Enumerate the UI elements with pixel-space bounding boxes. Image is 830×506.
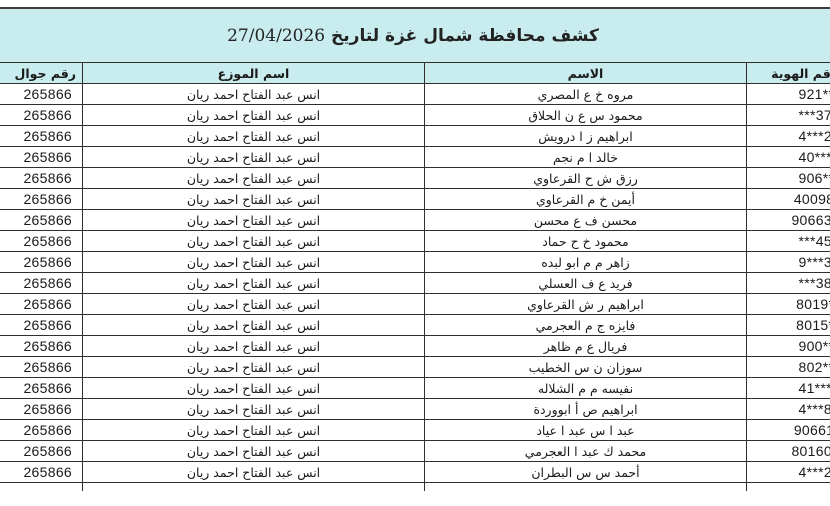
name-cell: محمود خ ح حماد (425, 231, 747, 252)
phone-cell: 265866 (0, 168, 83, 189)
table-row: 265866انس عبد الفتاح احمد ريانفايزه ج م … (0, 315, 830, 336)
phone-cell: 265866 (0, 252, 83, 273)
phone-cell: 265866 (0, 378, 83, 399)
phone-cell: 265866 (0, 357, 83, 378)
id-cell: ***456 (747, 231, 830, 252)
title-label: كشف محافظة شمال غزة لتاريخ (331, 26, 599, 46)
empty-cell (425, 483, 747, 491)
distributor-cell: انس عبد الفتاح احمد ريان (83, 378, 425, 399)
distributor-cell: انس عبد الفتاح احمد ريان (83, 336, 425, 357)
id-cell: 40098* (747, 189, 830, 210)
distributor-cell: انس عبد الفتاح احمد ريان (83, 168, 425, 189)
table-row: 265866انس عبد الفتاح احمد ريانمحمود س ع … (0, 105, 830, 126)
empty-cell (83, 483, 425, 491)
phone-cell: 265866 (0, 420, 83, 441)
distributor-cell: انس عبد الفتاح احمد ريان (83, 252, 425, 273)
phone-cell: 265866 (0, 189, 83, 210)
id-cell: 906634 (747, 210, 830, 231)
distributor-cell: انس عبد الفتاح احمد ريان (83, 462, 425, 483)
id-cell: 4***20 (747, 462, 830, 483)
id-cell: 90661* (747, 420, 830, 441)
phone-cell: 265866 (0, 462, 83, 483)
phone-cell: 265866 (0, 105, 83, 126)
name-cell: سوزان ن س الخطيب (425, 357, 747, 378)
table-row: 265866انس عبد الفتاح احمد ريانمحمود خ ح … (0, 231, 830, 252)
table-row: 265866انس عبد الفتاح احمد ريانابراهيم ز … (0, 126, 830, 147)
phone-cell: 265866 (0, 273, 83, 294)
distributor-cell: انس عبد الفتاح احمد ريان (83, 357, 425, 378)
distribution-sheet: كشف محافظة شمال غزة لتاريخ 27/04/2026 رق… (0, 7, 830, 491)
header-distributor: اسم الموزع (83, 63, 425, 84)
id-cell: ***382 (747, 273, 830, 294)
name-cell: مروه خ ع المصري (425, 84, 747, 105)
name-cell: ابراهيم ص أ ابووردة (425, 399, 747, 420)
header-id: رقم الهوية (747, 63, 830, 84)
distributor-cell: انس عبد الفتاح احمد ريان (83, 441, 425, 462)
phone-cell: 265866 (0, 231, 83, 252)
distributor-cell: انس عبد الفتاح احمد ريان (83, 294, 425, 315)
distributor-cell: انس عبد الفتاح احمد ريان (83, 147, 425, 168)
id-cell: 900*** (747, 336, 830, 357)
name-cell: زاهر م م ابو لبده (425, 252, 747, 273)
distributor-cell: انس عبد الفتاح احمد ريان (83, 273, 425, 294)
name-cell: ابراهيم ز ا درويش (425, 126, 747, 147)
distributor-cell: انس عبد الفتاح احمد ريان (83, 231, 425, 252)
id-cell: 40***9 (747, 147, 830, 168)
table-row: 265866انس عبد الفتاح احمد ريانمحسن ف ع م… (0, 210, 830, 231)
distributor-cell: انس عبد الفتاح احمد ريان (83, 420, 425, 441)
phone-cell: 265866 (0, 147, 83, 168)
table-row: 265866انس عبد الفتاح احمد ريانرزق ش ح ال… (0, 168, 830, 189)
table-row: 265866انس عبد الفتاح احمد ريانخالد ا م ن… (0, 147, 830, 168)
table-row: 265866انس عبد الفتاح احمد ريانأيمن خ م ا… (0, 189, 830, 210)
name-cell: أحمد س س البطران (425, 462, 747, 483)
table-row: 265866انس عبد الفتاح احمد ريانفريال ع م … (0, 336, 830, 357)
title-band: كشف محافظة شمال غزة لتاريخ 27/04/2026 (0, 7, 830, 62)
name-cell: نفيسه م م الشلاله (425, 378, 747, 399)
phone-cell: 265866 (0, 399, 83, 420)
name-cell: فريال ع م ظاهر (425, 336, 747, 357)
distributor-cell: انس عبد الفتاح احمد ريان (83, 105, 425, 126)
phone-cell: 265866 (0, 84, 83, 105)
name-cell: محسن ف ع محسن (425, 210, 747, 231)
header-name: الاسم (425, 63, 747, 84)
table-row: 265866انس عبد الفتاح احمد ريانأحمد س س ا… (0, 462, 830, 483)
empty-cell (0, 483, 83, 491)
distributor-cell: انس عبد الفتاح احمد ريان (83, 189, 425, 210)
name-cell: أيمن خ م القرعاوي (425, 189, 747, 210)
id-cell: 4***24 (747, 126, 830, 147)
id-cell: 801602 (747, 441, 830, 462)
sheet-title: كشف محافظة شمال غزة لتاريخ 27/04/2026 (227, 26, 599, 46)
table-row: 265866انس عبد الفتاح احمد ريانسوزان ن س … (0, 357, 830, 378)
name-cell: خالد ا م نجم (425, 147, 747, 168)
phone-cell: 265866 (0, 336, 83, 357)
phone-cell: 265866 (0, 126, 83, 147)
id-cell: 906*** (747, 168, 830, 189)
table-row-partial (0, 483, 830, 491)
title-date: 27/04/2026 (227, 26, 325, 46)
id-cell: ***370 (747, 105, 830, 126)
header-row: رقم جوال اسم الموزع الاسم رقم الهوية (0, 63, 830, 84)
table-row: 265866انس عبد الفتاح احمد ريانعبد ا س عب… (0, 420, 830, 441)
name-cell: عبد ا س عبد ا عياد (425, 420, 747, 441)
name-cell: فايزه ج م العجرمي (425, 315, 747, 336)
name-cell: ابراهيم ر ش القرعاوي (425, 294, 747, 315)
phone-cell: 265866 (0, 441, 83, 462)
header-phone: رقم جوال (0, 63, 83, 84)
id-cell: 921*** (747, 84, 830, 105)
id-cell: 9***35 (747, 252, 830, 273)
phone-cell: 265866 (0, 315, 83, 336)
distributor-cell: انس عبد الفتاح احمد ريان (83, 315, 425, 336)
distributor-cell: انس عبد الفتاح احمد ريان (83, 126, 425, 147)
id-cell: 41***0 (747, 378, 830, 399)
id-cell: 8015** (747, 315, 830, 336)
id-cell: 4***80 (747, 399, 830, 420)
id-cell: 8019** (747, 294, 830, 315)
phone-cell: 265866 (0, 210, 83, 231)
name-cell: رزق ش ح القرعاوي (425, 168, 747, 189)
distributor-cell: انس عبد الفتاح احمد ريان (83, 399, 425, 420)
table-row: 265866انس عبد الفتاح احمد ريانابراهيم ر … (0, 294, 830, 315)
beneficiaries-table: رقم جوال اسم الموزع الاسم رقم الهوية 265… (0, 62, 830, 491)
table-row: 265866انس عبد الفتاح احمد ريانزاهر م م ا… (0, 252, 830, 273)
table-row: 265866انس عبد الفتاح احمد رياننفيسه م م … (0, 378, 830, 399)
table-row: 265866انس عبد الفتاح احمد ريانفريد ع ف ا… (0, 273, 830, 294)
id-cell: 802*** (747, 357, 830, 378)
empty-cell (747, 483, 830, 491)
name-cell: محمد ك عبد ا العجرمي (425, 441, 747, 462)
table-row: 265866انس عبد الفتاح احمد ريانمحمد ك عبد… (0, 441, 830, 462)
distributor-cell: انس عبد الفتاح احمد ريان (83, 84, 425, 105)
distributor-cell: انس عبد الفتاح احمد ريان (83, 210, 425, 231)
phone-cell: 265866 (0, 294, 83, 315)
name-cell: محمود س ع ن الحلاق (425, 105, 747, 126)
table-row: 265866انس عبد الفتاح احمد ريانابراهيم ص … (0, 399, 830, 420)
table-row: 265866انس عبد الفتاح احمد ريانمروه خ ع ا… (0, 84, 830, 105)
name-cell: فريد ع ف العسلي (425, 273, 747, 294)
